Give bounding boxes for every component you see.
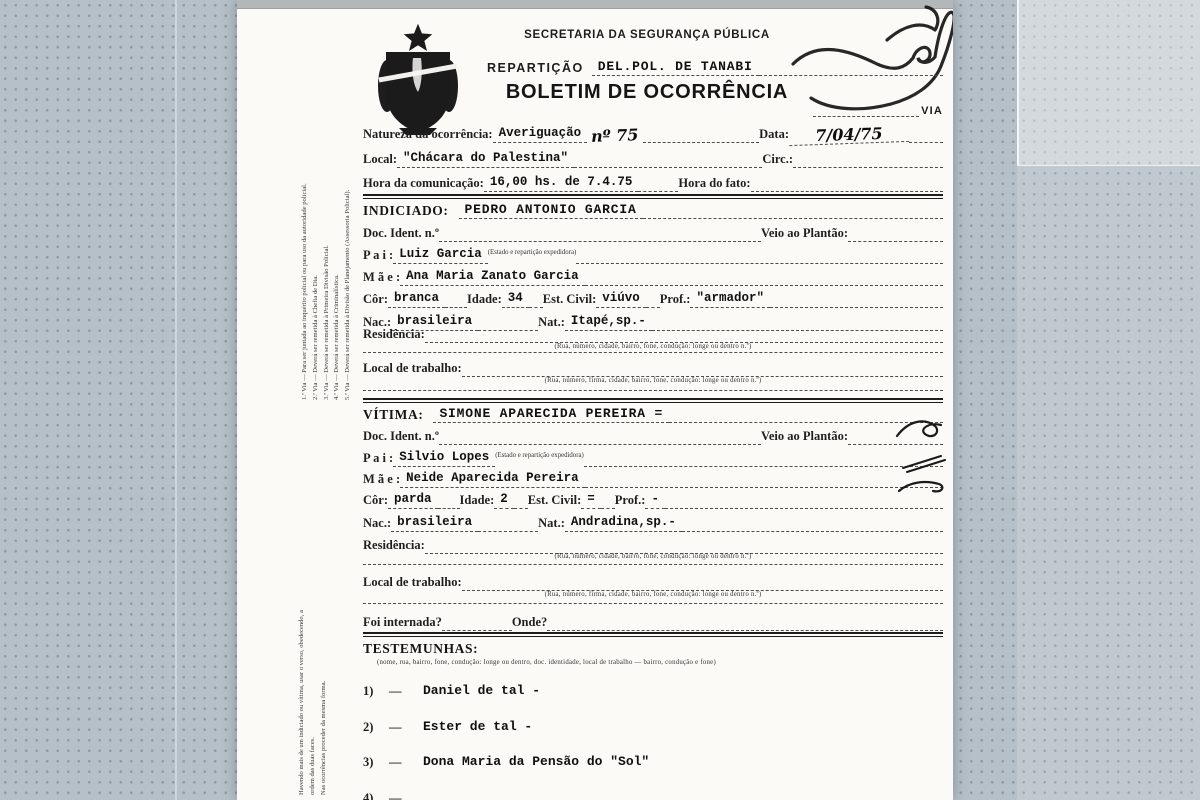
witness-row: 3) — Dona Maria da Pensão do "Sol" xyxy=(363,754,943,770)
leader-line xyxy=(425,541,943,554)
cor-value: parda xyxy=(388,492,438,509)
nat-value: Andradina,sp.- xyxy=(565,515,682,532)
prof-label: Prof.: xyxy=(660,292,691,308)
leader-line xyxy=(576,251,943,264)
doc-ident-label: Doc. Ident. n.º xyxy=(363,226,439,242)
witness-name: Ester de tal - xyxy=(423,719,532,735)
local-trabalho-label: Local de trabalho: xyxy=(363,361,462,377)
local-value: "Chácara do Palestina" xyxy=(397,151,574,168)
nat-label: Nat.: xyxy=(538,516,565,532)
via-instruction: 3.ª Via — Deverá ser remetida à Primeira… xyxy=(322,50,333,400)
pai-value: Luiz Garcia xyxy=(393,247,488,264)
vitima-cor-row: Côr: parda Idade: 2 Est. Civil: = Prof.:… xyxy=(363,492,943,509)
est-civil-label: Est. Civil: xyxy=(543,292,596,308)
indiciado-name: PEDRO ANTONIO GARCIA xyxy=(459,202,643,219)
leader-line xyxy=(574,155,762,168)
veio-plantao-label: Veio ao Plantão: xyxy=(761,429,848,445)
cor-label: Côr: xyxy=(363,493,388,509)
internada-row: Foi internada? Onde? xyxy=(363,615,943,631)
vitima-header-row: VÍTIMA: SIMONE APARECIDA PEREIRA = xyxy=(363,406,943,423)
scanned-police-report: 1.ª Via — Para ser juntada ao inquérito … xyxy=(237,0,953,800)
expedidora-caption: (Estado e repartição expedidora) xyxy=(488,250,577,257)
circ-label: Circ.: xyxy=(762,152,793,168)
natureza-value: Averiguação xyxy=(493,126,588,143)
leader-line xyxy=(813,104,919,117)
via-instruction: 2.ª Via — Deverá ser remetida à Chefia d… xyxy=(311,50,322,400)
mae-value: Neide Aparecida Pereira xyxy=(400,471,585,488)
testemunhas-section-label: TESTEMUNHAS: xyxy=(363,641,478,657)
idade-label: Idade: xyxy=(460,493,495,509)
leader-line xyxy=(759,63,943,76)
est-civil-value: viúvo xyxy=(596,291,646,308)
indiciado-mae-row: M ã e : Ana Maria Zanato Garcia xyxy=(363,269,943,286)
witness-row: 1) — Daniel de tal - xyxy=(363,683,943,699)
via-row: VIA xyxy=(813,104,943,117)
hora-row: Hora da comunicação: 16,00 hs. de 7.4.75… xyxy=(363,175,943,192)
vitima-section-label: VÍTIMA: xyxy=(363,407,423,423)
mae-value: Ana Maria Zanato Garcia xyxy=(400,269,585,286)
leader-line xyxy=(638,179,678,192)
doc-ident-label: Doc. Ident. n.º xyxy=(363,429,439,445)
pai-value: Silvio Lopes xyxy=(393,450,495,467)
est-civil-label: Est. Civil: xyxy=(528,493,581,509)
natureza-row: Natureza da ocorrência: Averiguação nº 7… xyxy=(363,126,943,143)
vitima-mae-row: M ã e : Neide Aparecida Pereira xyxy=(363,471,943,488)
blank-line xyxy=(363,383,943,391)
section-divider xyxy=(363,194,943,199)
residencia-label: Residência: xyxy=(363,327,425,343)
foi-internada-label: Foi internada? xyxy=(363,615,442,631)
vitima-nac-row: Nac.: brasileira Nat.: Andradina,sp.- xyxy=(363,515,943,532)
natureza-handwritten: nº 75 xyxy=(587,127,643,145)
leader-line xyxy=(439,229,761,242)
witness-dash: — xyxy=(389,720,423,736)
leader-line xyxy=(584,454,943,467)
vitima-residencia-row: Residência: xyxy=(363,538,943,554)
margin-note-line: Nas ocorrências proceder da mesma forma. xyxy=(319,577,330,795)
leader-line xyxy=(462,364,943,377)
leader-line xyxy=(643,130,760,143)
witness-dash: — xyxy=(389,791,423,800)
margin-note-line: Havendo mais de um indiciado ou vítima, … xyxy=(297,577,308,795)
indiciado-header-row: INDICIADO: PEDRO ANTONIO GARCIA xyxy=(363,202,943,219)
vitima-trabalho-row: Local de trabalho: xyxy=(363,575,943,591)
leader-line xyxy=(442,618,512,631)
natureza-label: Natureza da ocorrência: xyxy=(363,127,493,143)
indiciado-doc-row: Doc. Ident. n.º Veio ao Plantão: xyxy=(363,226,943,242)
nac-label: Nac.: xyxy=(363,516,391,532)
hora-fato-label: Hora do fato: xyxy=(678,176,750,192)
via-label: VIA xyxy=(921,106,943,117)
onde-label: Onde? xyxy=(512,615,547,631)
leader-line xyxy=(425,330,943,343)
veio-plantao-label: Veio ao Plantão: xyxy=(761,226,848,242)
pai-label: P a i : xyxy=(363,248,393,264)
leader-line xyxy=(751,179,943,192)
cor-label: Côr: xyxy=(363,292,388,308)
leader-line xyxy=(529,295,543,308)
prof-label: Prof.: xyxy=(615,493,646,509)
mae-label: M ã e : xyxy=(363,472,400,488)
est-civil-value: = xyxy=(581,492,601,509)
indiciado-residencia-row: Residência: xyxy=(363,327,943,343)
leader-line xyxy=(439,432,761,445)
prof-value: - xyxy=(645,492,665,509)
witness-number: 2) xyxy=(363,720,389,736)
section-divider xyxy=(363,398,943,403)
prof-value: "armador" xyxy=(690,291,770,308)
data-handwritten: 7/04/75 xyxy=(789,125,910,146)
vitima-doc-row: Doc. Ident. n.º Veio ao Plantão: xyxy=(363,429,943,445)
margin-note: Havendo mais de um indiciado ou vítima, … xyxy=(297,577,329,795)
leader-line xyxy=(514,496,528,509)
hora-comunicacao-value: 16,00 hs. de 7.4.75 xyxy=(484,175,639,192)
witness-number: 1) xyxy=(363,684,389,700)
vitima-name: SIMONE APARECIDA PEREIRA = xyxy=(433,406,669,423)
leader-line xyxy=(585,273,943,286)
via-instruction: 1.ª Via — Para ser juntada ao inquérito … xyxy=(300,50,311,400)
expedidora-caption: (Estado e repartição expedidora) xyxy=(495,453,584,460)
witness-row: 4) — xyxy=(363,791,943,800)
via-instruction: 4.ª Via — Deverá ser remetida à Criminal… xyxy=(332,50,343,400)
margin-via-instructions: 1.ª Via — Para ser juntada ao inquérito … xyxy=(300,50,354,400)
secretaria-heading: SECRETARIA DA SEGURANÇA PÚBLICA xyxy=(477,29,817,43)
leader-line xyxy=(643,206,943,219)
idade-value: 34 xyxy=(502,291,529,308)
vitima-pai-row: P a i : Silvio Lopes (Estado e repartiçã… xyxy=(363,450,943,467)
data-label: Data: xyxy=(759,127,789,143)
pen-flourish xyxy=(895,416,949,444)
cor-value: branca xyxy=(388,291,445,308)
leader-line xyxy=(585,475,943,488)
witness-dash: — xyxy=(389,755,423,771)
witness-row: 2) — Ester de tal - xyxy=(363,719,943,735)
leader-line xyxy=(462,578,943,591)
state-crest-icon xyxy=(375,24,461,136)
testemunhas-caption: (nome, rua, bairro, fone, condução: long… xyxy=(377,659,943,667)
pen-flourish xyxy=(901,450,949,474)
leader-line xyxy=(682,519,943,532)
local-trabalho-label: Local de trabalho: xyxy=(363,575,462,591)
nac-value: brasileira xyxy=(391,515,478,532)
leader-line xyxy=(445,295,467,308)
leader-line xyxy=(793,155,943,168)
local-row: Local: "Chácara do Palestina" Circ.: xyxy=(363,151,943,168)
mae-label: M ã e : xyxy=(363,270,400,286)
section-divider xyxy=(363,632,943,637)
reparticao-label: REPARTIÇÃO xyxy=(487,61,584,76)
backdrop-topright-panel xyxy=(1017,0,1200,166)
indiciado-trabalho-row: Local de trabalho: xyxy=(363,361,943,377)
leader-line xyxy=(770,295,943,308)
witness-dash: — xyxy=(389,684,423,700)
leader-line xyxy=(601,496,615,509)
leader-line xyxy=(478,519,538,532)
local-label: Local: xyxy=(363,152,397,168)
idade-value: 2 xyxy=(494,492,514,509)
leader-line xyxy=(547,618,943,631)
pen-flourish xyxy=(897,478,949,498)
indiciado-cor-row: Côr: branca Idade: 34 Est. Civil: viúvo … xyxy=(363,291,943,308)
via-instruction: 5.ª Via — Deverá ser remetida à Divisão … xyxy=(343,50,354,400)
hora-comunicacao-label: Hora da comunicação: xyxy=(363,176,484,192)
blank-line xyxy=(363,596,943,604)
leader-line xyxy=(646,295,660,308)
witness-name: Daniel de tal - xyxy=(423,683,540,699)
leader-line xyxy=(909,130,943,143)
residencia-label: Residência: xyxy=(363,538,425,554)
reparticao-value: DEL.POL. DE TANABI xyxy=(592,59,759,76)
indiciado-section-label: INDICIADO: xyxy=(363,203,449,219)
reparticao-row: REPARTIÇÃO DEL.POL. DE TANABI xyxy=(487,59,943,76)
pai-label: P a i : xyxy=(363,451,393,467)
leader-line xyxy=(848,229,943,242)
indiciado-pai-row: P a i : Luiz Garcia (Estado e repartição… xyxy=(363,247,943,264)
document-title: BOLETIM DE OCORRÊNCIA xyxy=(477,81,817,103)
witness-number: 4) xyxy=(363,791,389,800)
blank-line xyxy=(363,557,943,565)
blank-line xyxy=(363,345,943,353)
witness-number: 3) xyxy=(363,755,389,771)
backdrop-vertical-line xyxy=(175,0,177,800)
witness-name: Dona Maria da Pensão do "Sol" xyxy=(423,754,649,770)
margin-note-line: ordem das duas faces. xyxy=(308,577,319,795)
testemunhas-header-row: TESTEMUNHAS: xyxy=(363,641,943,657)
leader-line xyxy=(438,496,460,509)
idade-label: Idade: xyxy=(467,292,502,308)
